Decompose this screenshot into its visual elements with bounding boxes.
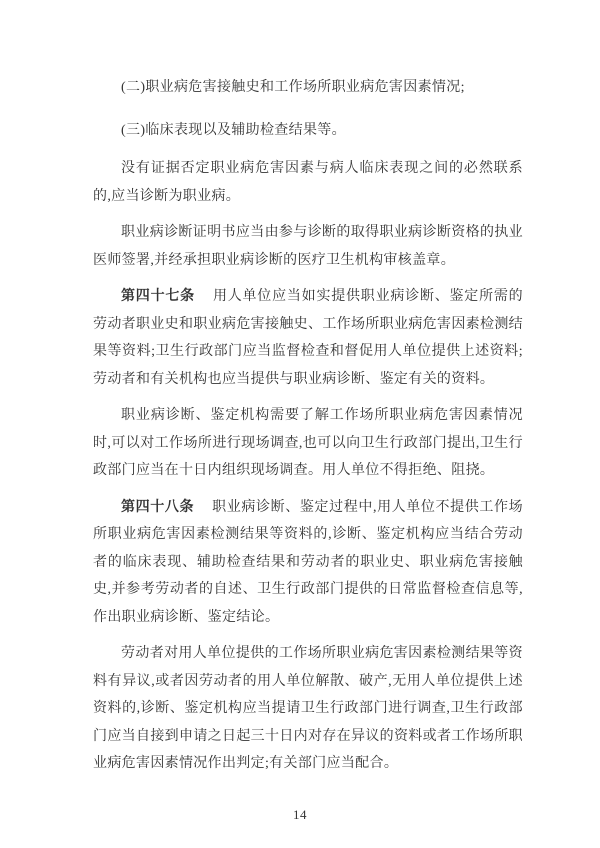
- article-47-paragraph: 第四十七条用人单位应当如实提供职业病诊断、鉴定所需的劳动者职业史和职业病危害接触…: [93, 283, 523, 393]
- paragraph-text: 职业病诊断证明书应当由参与诊断的取得职业病诊断资格的执业医师签署,并经承担职业病…: [93, 225, 523, 268]
- paragraph-text: (三)临床表现以及辅助检查结果等。: [121, 123, 346, 138]
- list-item-3: (三)临床表现以及辅助检查结果等。: [93, 117, 523, 145]
- page-number: 14: [0, 807, 600, 823]
- paragraph-text: 没有证据否定职业病危害因素与病人临床表现之间的必然联系的,应当诊断为职业病。: [93, 161, 523, 204]
- paragraph: 劳动者对用人单位提供的工作场所职业病危害因素检测结果等资料有异议,或者因劳动者的…: [93, 640, 523, 778]
- paragraph-text: 职业病诊断、鉴定机构需要了解工作场所职业病危害因素情况时,可以对工作场所进行现场…: [93, 408, 523, 478]
- document-body: (二)职业病危害接触史和工作场所职业病危害因素情况; (三)临床表现以及辅助检查…: [93, 74, 523, 787]
- paragraph-text: 职业病诊断、鉴定过程中,用人单位不提供工作场所职业病危害因素检测结果等资料的,诊…: [93, 500, 523, 625]
- paragraph-text: (二)职业病危害接触史和工作场所职业病危害因素情况;: [121, 80, 465, 95]
- article-48-paragraph: 第四十八条职业病诊断、鉴定过程中,用人单位不提供工作场所职业病危害因素检测结果等…: [93, 494, 523, 632]
- paragraph: 职业病诊断证明书应当由参与诊断的取得职业病诊断资格的执业医师签署,并经承担职业病…: [93, 219, 523, 274]
- article-number: 第四十八条: [121, 500, 194, 515]
- document-page: (二)职业病危害接触史和工作场所职业病危害因素情况; (三)临床表现以及辅助检查…: [0, 0, 600, 848]
- paragraph: 没有证据否定职业病危害因素与病人临床表现之间的必然联系的,应当诊断为职业病。: [93, 155, 523, 210]
- paragraph: 职业病诊断、鉴定机构需要了解工作场所职业病危害因素情况时,可以对工作场所进行现场…: [93, 402, 523, 485]
- article-number: 第四十七条: [121, 289, 195, 304]
- list-item-2: (二)职业病危害接触史和工作场所职业病危害因素情况;: [93, 74, 523, 102]
- paragraph-text: 劳动者对用人单位提供的工作场所职业病危害因素检测结果等资料有异议,或者因劳动者的…: [93, 646, 523, 771]
